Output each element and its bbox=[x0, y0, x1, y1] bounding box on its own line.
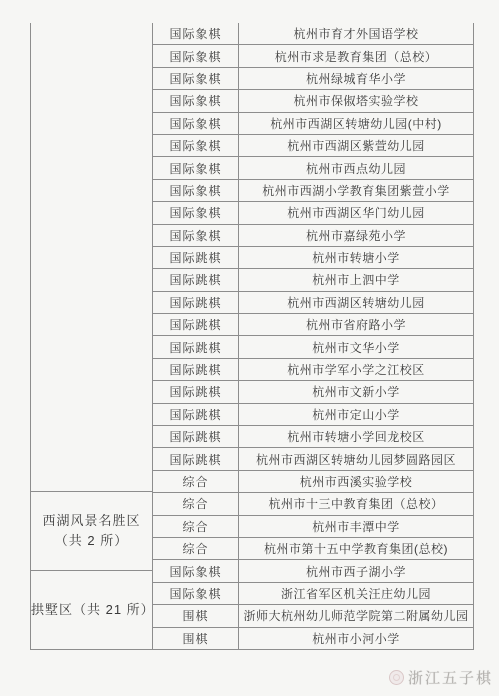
table-row: 国际象棋杭州市嘉绿苑小学 bbox=[153, 224, 473, 246]
cell-chess-type: 国际象棋 bbox=[153, 68, 239, 89]
cell-school-name: 杭州市小河小学 bbox=[239, 628, 473, 649]
cell-chess-type: 国际象棋 bbox=[153, 202, 239, 223]
cell-chess-type: 综合 bbox=[153, 493, 239, 514]
cell-school-name: 杭州市西湖区转塘幼儿园梦圆路园区 bbox=[239, 448, 473, 469]
district-cell-west-lake-scenic-area: 西湖风景名胜区 （共 2 所） bbox=[31, 491, 152, 570]
table-row: 国际象棋杭州绿城育华小学 bbox=[153, 67, 473, 89]
table-row: 国际象棋杭州市西子湖小学 bbox=[153, 559, 473, 581]
cell-school-name: 杭州市西湖区紫萱幼儿园 bbox=[239, 135, 473, 156]
table-row: 国际象棋杭州市西湖区华门幼儿园 bbox=[153, 201, 473, 223]
cell-chess-type: 国际跳棋 bbox=[153, 314, 239, 335]
cell-chess-type: 国际跳棋 bbox=[153, 448, 239, 469]
cell-chess-type: 围棋 bbox=[153, 628, 239, 649]
district-cell-gongshu: 拱墅区（共 21 所） bbox=[31, 570, 152, 649]
cell-chess-type: 综合 bbox=[153, 516, 239, 537]
cell-school-name: 杭州市丰潭中学 bbox=[239, 516, 473, 537]
cell-chess-type: 国际象棋 bbox=[153, 560, 239, 581]
table-row: 国际跳棋杭州市转塘小学回龙校区 bbox=[153, 425, 473, 447]
table-row: 国际象棋杭州市求是教育集团（总校） bbox=[153, 44, 473, 66]
cell-school-name: 杭州市西湖区转塘幼儿园(中村) bbox=[239, 113, 473, 134]
school-chess-table: 西湖风景名胜区 （共 2 所） 拱墅区（共 21 所） 国际象棋杭州市育才外国语… bbox=[30, 23, 474, 650]
district-cell-continued bbox=[31, 23, 152, 491]
cell-school-name: 杭州市上泗中学 bbox=[239, 269, 473, 290]
cell-school-name: 浙师大杭州幼儿师范学院第二附属幼儿园 bbox=[239, 605, 473, 626]
cell-school-name: 杭州市文华小学 bbox=[239, 336, 473, 357]
cell-school-name: 杭州绿城育华小学 bbox=[239, 68, 473, 89]
district-name: 拱墅区（共 21 所） bbox=[31, 600, 152, 620]
cell-chess-type: 国际象棋 bbox=[153, 113, 239, 134]
cell-chess-type: 国际象棋 bbox=[153, 583, 239, 604]
cell-school-name: 杭州市西点幼儿园 bbox=[239, 157, 473, 178]
gomoku-logo-icon bbox=[389, 670, 404, 685]
table-row: 围棋杭州市小河小学 bbox=[153, 627, 473, 649]
cell-school-name: 杭州市文新小学 bbox=[239, 381, 473, 402]
cell-chess-type: 综合 bbox=[153, 471, 239, 492]
watermark-text: 浙江五子棋 bbox=[408, 667, 493, 688]
cell-school-name: 杭州市学军小学之江校区 bbox=[239, 359, 473, 380]
cell-school-name: 杭州市育才外国语学校 bbox=[239, 23, 473, 44]
cell-chess-type: 国际跳棋 bbox=[153, 359, 239, 380]
table-body: 国际象棋杭州市育才外国语学校 国际象棋杭州市求是教育集团（总校） 国际象棋杭州绿… bbox=[153, 23, 473, 649]
cell-chess-type: 国际跳棋 bbox=[153, 404, 239, 425]
table-row: 国际跳棋杭州市省府路小学 bbox=[153, 313, 473, 335]
cell-school-name: 杭州市第十五中学教育集团(总校) bbox=[239, 538, 473, 559]
table-row: 围棋浙师大杭州幼儿师范学院第二附属幼儿园 bbox=[153, 604, 473, 626]
cell-chess-type: 国际象棋 bbox=[153, 180, 239, 201]
cell-school-name: 杭州市求是教育集团（总校） bbox=[239, 45, 473, 66]
cell-school-name: 浙江省军区机关汪庄幼儿园 bbox=[239, 583, 473, 604]
cell-school-name: 杭州市嘉绿苑小学 bbox=[239, 225, 473, 246]
cell-chess-type: 国际象棋 bbox=[153, 135, 239, 156]
table-row: 国际象棋浙江省军区机关汪庄幼儿园 bbox=[153, 582, 473, 604]
cell-school-name: 杭州市保俶塔实验学校 bbox=[239, 90, 473, 111]
table-row: 综合杭州市丰潭中学 bbox=[153, 515, 473, 537]
cell-chess-type: 国际跳棋 bbox=[153, 381, 239, 402]
district-count: （共 2 所） bbox=[55, 531, 128, 551]
cell-chess-type: 综合 bbox=[153, 538, 239, 559]
cell-school-name: 杭州市定山小学 bbox=[239, 404, 473, 425]
table-row: 国际象棋杭州市西湖区紫萱幼儿园 bbox=[153, 134, 473, 156]
cell-chess-type: 国际象棋 bbox=[153, 45, 239, 66]
table-row: 国际象棋杭州市西湖小学教育集团紫萱小学 bbox=[153, 179, 473, 201]
cell-chess-type: 国际跳棋 bbox=[153, 426, 239, 447]
cell-school-name: 杭州市西湖小学教育集团紫萱小学 bbox=[239, 180, 473, 201]
cell-school-name: 杭州市西溪实验学校 bbox=[239, 471, 473, 492]
table-row: 国际象棋杭州市保俶塔实验学校 bbox=[153, 89, 473, 111]
table-row: 国际象棋杭州市西湖区转塘幼儿园(中村) bbox=[153, 112, 473, 134]
cell-chess-type: 国际象棋 bbox=[153, 23, 239, 44]
cell-school-name: 杭州市省府路小学 bbox=[239, 314, 473, 335]
district-name: 西湖风景名胜区 bbox=[42, 511, 140, 531]
cell-school-name: 杭州市转塘小学回龙校区 bbox=[239, 426, 473, 447]
cell-chess-type: 围棋 bbox=[153, 605, 239, 626]
cell-chess-type: 国际象棋 bbox=[153, 157, 239, 178]
table-row: 国际跳棋杭州市学军小学之江校区 bbox=[153, 358, 473, 380]
table-row: 综合杭州市十三中教育集团（总校） bbox=[153, 492, 473, 514]
table-row: 综合杭州市第十五中学教育集团(总校) bbox=[153, 537, 473, 559]
cell-school-name: 杭州市西子湖小学 bbox=[239, 560, 473, 581]
cell-school-name: 杭州市十三中教育集团（总校） bbox=[239, 493, 473, 514]
table-row: 国际象棋杭州市育才外国语学校 bbox=[153, 23, 473, 44]
cell-chess-type: 国际跳棋 bbox=[153, 247, 239, 268]
table-row: 国际跳棋杭州市文新小学 bbox=[153, 380, 473, 402]
table-row: 国际跳棋杭州市西湖区转塘幼儿园梦圆路园区 bbox=[153, 447, 473, 469]
cell-chess-type: 国际象棋 bbox=[153, 225, 239, 246]
table-row: 国际跳棋杭州市文华小学 bbox=[153, 335, 473, 357]
watermark: 浙江五子棋 bbox=[389, 667, 493, 688]
table-row: 国际跳棋杭州市转塘小学 bbox=[153, 246, 473, 268]
cell-school-name: 杭州市西湖区华门幼儿园 bbox=[239, 202, 473, 223]
cell-chess-type: 国际跳棋 bbox=[153, 269, 239, 290]
cell-chess-type: 国际跳棋 bbox=[153, 336, 239, 357]
table-row: 国际跳棋杭州市上泗中学 bbox=[153, 268, 473, 290]
table-row: 国际跳棋杭州市西湖区转塘幼儿园 bbox=[153, 291, 473, 313]
cell-school-name: 杭州市西湖区转塘幼儿园 bbox=[239, 292, 473, 313]
table-row: 国际跳棋杭州市定山小学 bbox=[153, 403, 473, 425]
table-row: 国际象棋杭州市西点幼儿园 bbox=[153, 156, 473, 178]
district-column: 西湖风景名胜区 （共 2 所） 拱墅区（共 21 所） bbox=[31, 23, 153, 649]
cell-chess-type: 国际象棋 bbox=[153, 90, 239, 111]
table-row: 综合杭州市西溪实验学校 bbox=[153, 470, 473, 492]
cell-chess-type: 国际跳棋 bbox=[153, 292, 239, 313]
cell-school-name: 杭州市转塘小学 bbox=[239, 247, 473, 268]
